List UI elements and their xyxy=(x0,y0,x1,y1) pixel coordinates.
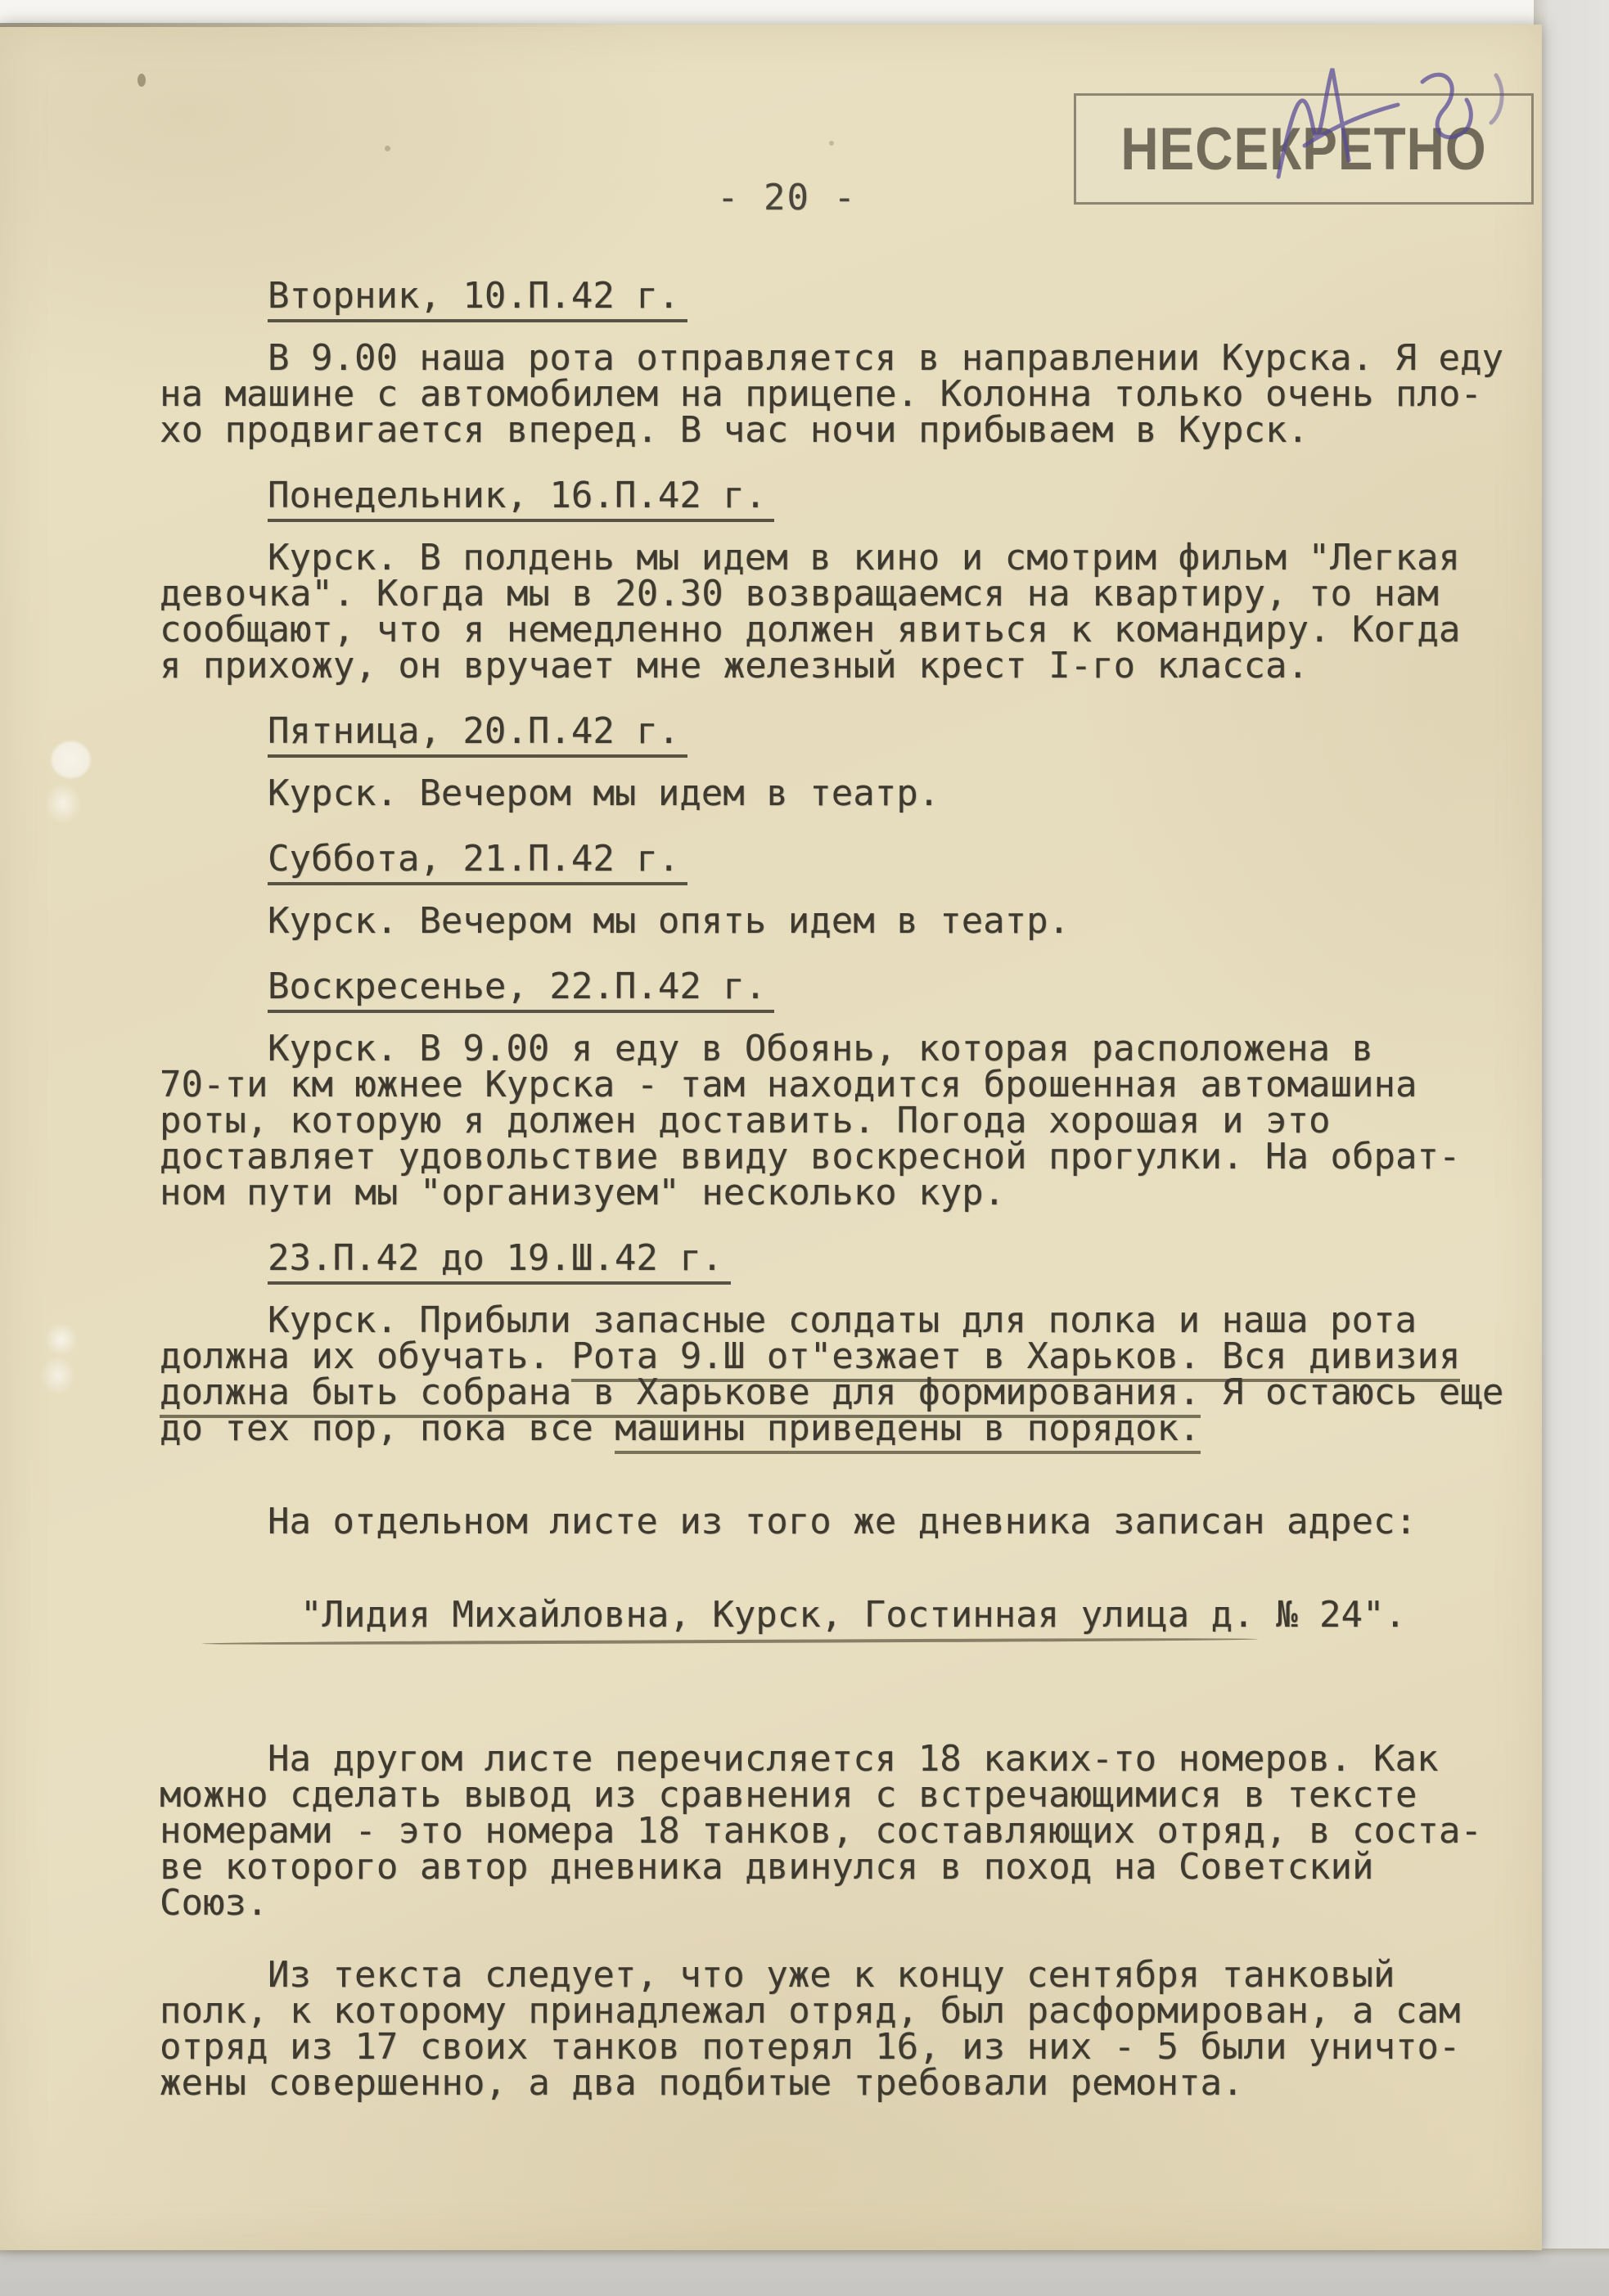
text-line: Союз. xyxy=(160,1885,1551,1921)
text-line: жены совершенно, а два подбитые требовал… xyxy=(160,2065,1551,2101)
text-line: на машине с автомобилем на прицепе. Коло… xyxy=(160,376,1551,412)
paragraph: Курск. В полдень мы идем в кино и смотри… xyxy=(160,540,1551,684)
entry-heading: Пятница, 20.П.42 г. xyxy=(268,714,1551,750)
entry-heading-text: 23.П.42 до 19.Ш.42 г. xyxy=(268,1237,731,1285)
text-line: Курск. В 9.00 я еду в Обоянь, которая ра… xyxy=(160,1031,1551,1067)
entry-heading: 23.П.42 до 19.Ш.42 г. xyxy=(268,1240,1551,1276)
address-paragraph: "Лидия Михайловна, Курск, Гостинная улиц… xyxy=(300,1597,1551,1643)
entry-heading: Воскресенье, 22.П.42 г. xyxy=(268,969,1551,1005)
paragraph: Курск. Прибыли запасные солдаты для полк… xyxy=(160,1303,1551,1447)
paragraph: В 9.00 наша рота отправляется в направле… xyxy=(160,340,1551,448)
entry-heading-text: Вторник, 10.П.42 г. xyxy=(268,275,687,322)
entry-heading-text: Пятница, 20.П.42 г. xyxy=(268,710,687,758)
unclassified-stamp: НЕСЕКРЕТНО xyxy=(1074,93,1534,205)
paper-damage-spot xyxy=(33,1314,90,1399)
entry-heading-text: Воскресенье, 22.П.42 г. xyxy=(268,966,774,1013)
entry-heading-text: Суббота, 21.П.42 г. xyxy=(268,838,687,885)
final-paragraph: Из текста следует, что уже к концу сентя… xyxy=(160,1957,1551,2101)
entry-heading-text: Понедельник, 16.П.42 г. xyxy=(268,475,774,522)
paper-damage-spot xyxy=(38,733,101,828)
text-line: должна их обучать. Рота 9.Ш от"езжает в … xyxy=(160,1339,1551,1375)
text-line: Курск. Вечером мы опять идем в театр. xyxy=(160,903,1551,939)
document-text: Вторник, 10.П.42 г.В 9.00 наша рота отпр… xyxy=(160,278,1551,2106)
hand-underlined-text: машины приведены в порядок. xyxy=(615,1407,1200,1454)
scanner-bed-bottom xyxy=(0,2249,1609,2296)
text-line: сообщают, что я немедленно должен явитьс… xyxy=(160,612,1551,648)
text-line: "Лидия Михайловна, Курск, Гостинная улиц… xyxy=(300,1597,1551,1633)
text-line: Курск. В полдень мы идем в кино и смотри… xyxy=(160,540,1551,576)
paper-speck xyxy=(829,141,834,146)
document-page: НЕСЕКРЕТНО - 20 - Вторник, 10.П.42 г.В 9… xyxy=(0,25,1542,2250)
pencil-underline xyxy=(202,1637,1258,1645)
entry-heading: Суббота, 21.П.42 г. xyxy=(268,841,1551,877)
text-line: На другом листе перечисляется 18 каких-т… xyxy=(160,1741,1551,1777)
scan-background: НЕСЕКРЕТНО - 20 - Вторник, 10.П.42 г.В 9… xyxy=(0,0,1609,2296)
text-line: ном пути мы "организуем" несколько кур. xyxy=(160,1175,1551,1211)
entry-heading: Вторник, 10.П.42 г. xyxy=(268,278,1551,314)
text-line: до тех пор, пока все машины приведены в … xyxy=(160,1411,1551,1447)
text-line: можно сделать вывод из сравнения с встре… xyxy=(160,1777,1551,1813)
text-line: 70-ти км южнее Курска - там находится бр… xyxy=(160,1067,1551,1103)
text-line: полк, к которому принадлежал отряд, был … xyxy=(160,1993,1551,2029)
paper-torn-edge xyxy=(0,23,622,27)
paper-speck xyxy=(385,146,390,151)
text-line: хо продвигается вперед. В час ночи прибы… xyxy=(160,412,1551,448)
paragraph: Курск. Вечером мы опять идем в театр. xyxy=(160,903,1551,939)
page-number: - 20 - xyxy=(717,177,857,218)
entry-heading: Понедельник, 16.П.42 г. xyxy=(268,478,1551,514)
text-line: девочка". Когда мы в 20.30 возвращаемся … xyxy=(160,576,1551,612)
note-paragraph: На отдельном листе из того же дневника з… xyxy=(160,1504,1551,1540)
text-line: роты, которую я должен доставить. Погода… xyxy=(160,1103,1551,1139)
text-line: номерами - это номера 18 танков, составл… xyxy=(160,1813,1551,1849)
paper-speck xyxy=(137,74,146,87)
text-line: отряд из 17 своих танков потерял 16, из … xyxy=(160,2029,1551,2065)
paragraph: Курск. В 9.00 я еду в Обоянь, которая ра… xyxy=(160,1031,1551,1211)
text-line: доставляет удовольствие ввиду воскресной… xyxy=(160,1139,1551,1175)
text-line: Из текста следует, что уже к концу сентя… xyxy=(160,1957,1551,1993)
text-line: На отдельном листе из того же дневника з… xyxy=(160,1504,1551,1540)
unclassified-stamp-label: НЕСЕКРЕТНО xyxy=(1120,115,1486,183)
text-line: Курск. Прибыли запасные солдаты для полк… xyxy=(160,1303,1551,1339)
text-line: я прихожу, он вручает мне железный крест… xyxy=(160,648,1551,684)
text-line: должна быть собрана в Харькове для форми… xyxy=(160,1375,1551,1411)
paragraph: Курск. Вечером мы идем в театр. xyxy=(160,776,1551,812)
text-line: В 9.00 наша рота отправляется в направле… xyxy=(160,340,1551,376)
text-line: ве которого автор дневника двинулся в по… xyxy=(160,1849,1551,1885)
text-line: Курск. Вечером мы идем в театр. xyxy=(160,776,1551,812)
spaced-paragraph: На другом листе перечисляется 18 каких-т… xyxy=(160,1741,1551,1921)
